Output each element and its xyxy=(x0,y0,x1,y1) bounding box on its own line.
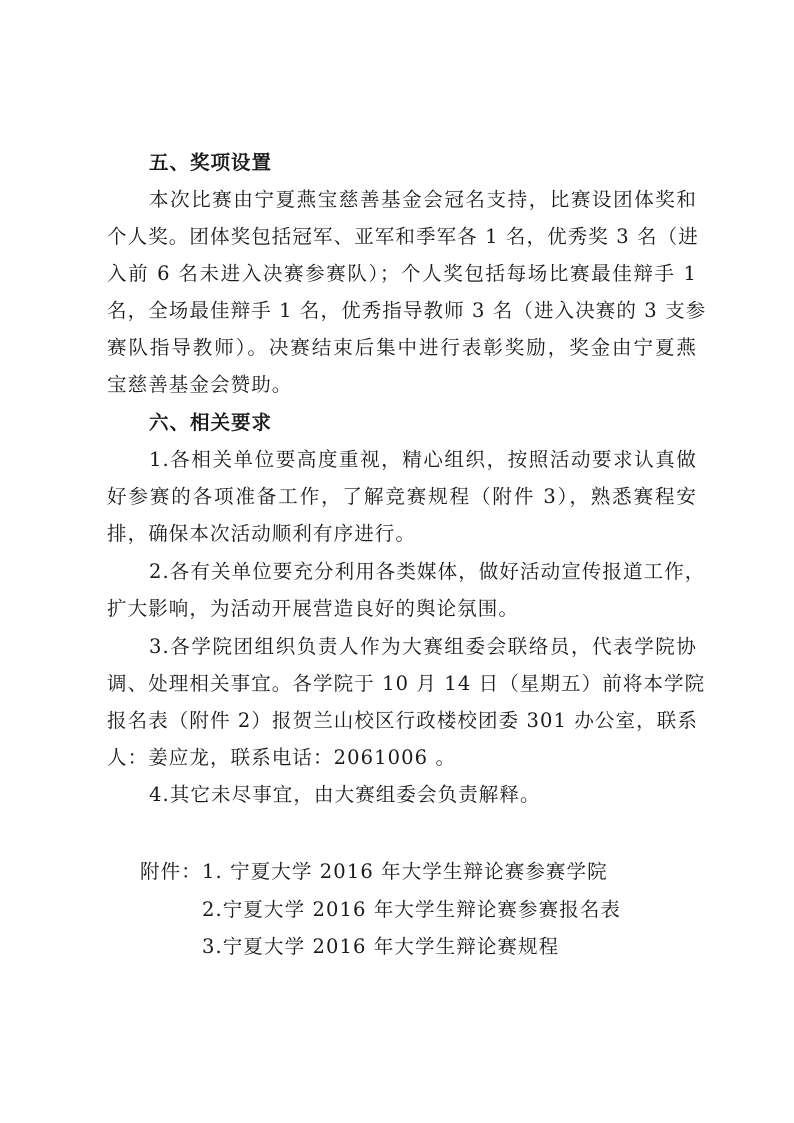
requirement-1-line: 1.各相关单位要高度重视，精心组织，按照活动要求认真做 xyxy=(149,447,697,473)
paragraph-line: 赛队指导教师）。决赛结束后集中进行表彰奖励，奖金由宁夏燕 xyxy=(107,335,697,361)
requirement-2-line: 扩大影响，为活动开展营造良好的舆论氛围。 xyxy=(107,596,697,622)
paragraph-line: 个人奖。团体奖包括冠军、亚军和季军各 1 名，优秀奖 3 名（进 xyxy=(107,224,697,250)
requirement-4-line: 4.其它未尽事宜，由大赛组委会负责解释。 xyxy=(149,782,697,808)
paragraph-line: 名，全场最佳辩手 1 名，优秀指导教师 3 名（进入决赛的 3 支参 xyxy=(107,298,697,324)
attachments-label: 附件： xyxy=(140,859,202,885)
section-heading-requirements: 六、相关要求 xyxy=(149,410,739,436)
attachment-item-3: 3.宁夏大学 2016 年大学生辩论赛规程 xyxy=(202,934,559,960)
paragraph-line: 本次比赛由宁夏燕宝慈善基金会冠名支持，比赛设团体奖和 xyxy=(149,187,697,213)
requirement-3-line: 调、处理相关事宜。各学院于 10 月 14 日（星期五）前将本学院 xyxy=(107,671,697,697)
attachment-item-2: 2.宁夏大学 2016 年大学生辩论赛参赛报名表 xyxy=(202,897,621,923)
section-heading-awards: 五、奖项设置 xyxy=(149,150,739,176)
document-page: 五、奖项设置 本次比赛由宁夏燕宝慈善基金会冠名支持，比赛设团体奖和 个人奖。团体… xyxy=(0,0,794,1123)
attachment-item-1: 1. 宁夏大学 2016 年大学生辩论赛参赛学院 xyxy=(202,859,608,885)
requirement-3-line: 3.各学院团组织负责人作为大赛组委会联络员，代表学院协 xyxy=(149,634,697,660)
paragraph-line: 入前 6 名未进入决赛参赛队）；个人奖包括每场比赛最佳辩手 1 xyxy=(107,261,697,287)
requirement-3-line: 人：姜应龙，联系电话：2061006 。 xyxy=(107,745,697,771)
requirement-1-line: 好参赛的各项准备工作，了解竞赛规程（附件 3），熟悉赛程安 xyxy=(107,484,697,510)
requirement-3-line: 报名表（附件 2）报贺兰山校区行政楼校团委 301 办公室，联系 xyxy=(107,708,697,734)
paragraph-line: 宝慈善基金会赞助。 xyxy=(107,372,697,398)
requirement-1-line: 排，确保本次活动顺利有序进行。 xyxy=(107,521,697,547)
requirement-2-line: 2.各有关单位要充分利用各类媒体，做好活动宣传报道工作， xyxy=(149,559,697,585)
